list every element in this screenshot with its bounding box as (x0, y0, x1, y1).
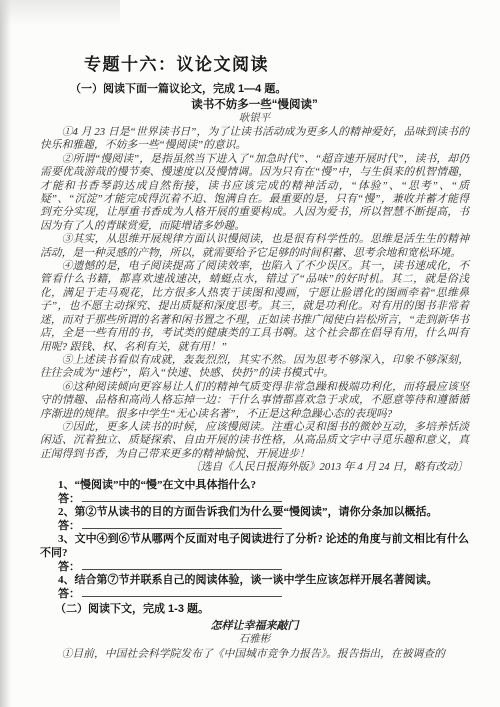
answer-blank-underline (82, 492, 282, 502)
essay1-title: 读书不妨多一些“慢阅读” (40, 98, 469, 112)
section2-header: （二）阅读下文，完成 1-3 题。 (55, 602, 469, 616)
scan-edge-shadow (0, 0, 11, 707)
question-4: 4、结合第⑦节并联系自己的阅读体验，谈一谈中学生应该怎样开展名著阅读。 答： (40, 574, 469, 601)
essay2-title: 怎样让幸福来敲门 (40, 619, 469, 633)
essay1-paragraph-5: ⑤上述读书看似有成就，轰轰烈烈，其实不然。因为思考不够深入，印象不够深刻，往往会… (40, 354, 469, 381)
answer-blank-underline (82, 587, 282, 597)
essay1-author: 耿银平 (40, 112, 469, 125)
question-4-answer-line: 答： (58, 587, 469, 601)
answer-prefix: 答： (58, 561, 80, 573)
question-3-answer-line: 答： (58, 560, 469, 574)
question-3-text: 3、文中④到⑥节从哪两个反面对电子阅读进行了分析? 论述的角度与前文相比有什么不… (40, 533, 469, 559)
answer-blank-underline (82, 519, 282, 529)
essay1-paragraph-4: ④遗憾的是，电子阅读提高了阅读效率，也陷入了不少误区。其一，读书速成化，不管看什… (40, 260, 469, 354)
essay1-paragraph-3: ③其实，从思维开展规律方面认识慢阅读，也是很有科学性的。思维是活生生的精神活动，… (40, 233, 469, 260)
answer-blank-underline (82, 560, 282, 570)
question-3: 3、文中④到⑥节从哪两个反面对电子阅读进行了分析? 论述的角度与前文相比有什么不… (40, 533, 469, 574)
question-1-text: 1、“慢阅读”中的“慢”在文中具体指什么? (40, 479, 469, 492)
essay2-paragraph-1: ①目前，中国社会科学院发布了《中国城市竞争力报告》。报告指出，在被调查的 (40, 648, 469, 661)
question-2-text: 2、第②节从读书的目的方面告诉我们为什么要“慢阅读”，请你分条加以概括。 (40, 506, 469, 519)
question-2-answer-line: 答： (58, 519, 469, 533)
essay1-paragraph-7: ⑦因此，更多人读书的时候，应该慢阅读。注重心灵和图书的微妙互动，多培养恬淡闲适、… (40, 421, 469, 461)
answer-prefix: 答： (58, 493, 80, 505)
page-title: 专题十六：议论文阅读 (84, 50, 469, 75)
answer-prefix: 答： (58, 520, 80, 532)
essay2-author: 石雅彬 (40, 633, 469, 646)
question-4-text: 4、结合第⑦节并联系自己的阅读体验，谈一谈中学生应该怎样开展名著阅读。 (40, 574, 469, 587)
essay1-paragraph-2: ②所谓“慢阅读”，是指虽然当下进入了“加急时代”、“超音速开展时代”，读书，却仍… (40, 153, 469, 233)
question-2: 2、第②节从读书的目的方面告诉我们为什么要“慢阅读”，请你分条加以概括。 答： (40, 506, 469, 533)
question-1-answer-line: 答： (58, 492, 469, 506)
essay1-source-citation: 〔选自《人民日报海外版》2013 年 4 月 24 日，略有改动〕 (40, 461, 469, 474)
essay1-paragraph-6: ⑥这种阅读倾向更容易让人们的精神气质变得非常急躁和极端功利化，而将最应该坚守的情… (40, 381, 469, 421)
section1-header: （一）阅读下面一篇议论文，完成 1—4 题。 (70, 82, 469, 96)
question-1: 1、“慢阅读”中的“慢”在文中具体指什么? 答： (40, 479, 469, 506)
answer-prefix: 答： (58, 588, 80, 600)
worksheet-page: 专题十六：议论文阅读 （一）阅读下面一篇议论文，完成 1—4 题。 读书不妨多一… (0, 0, 500, 707)
question-list: 1、“慢阅读”中的“慢”在文中具体指什么? 答： 2、第②节从读书的目的方面告诉… (40, 479, 469, 602)
essay1-paragraph-1: ①4 月 23 日是“世界读书日”，为了让读书活动成为更多人的精神爱好，品味到读… (40, 126, 469, 153)
page-content: 专题十六：议论文阅读 （一）阅读下面一篇议论文，完成 1—4 题。 读书不妨多一… (40, 0, 469, 662)
